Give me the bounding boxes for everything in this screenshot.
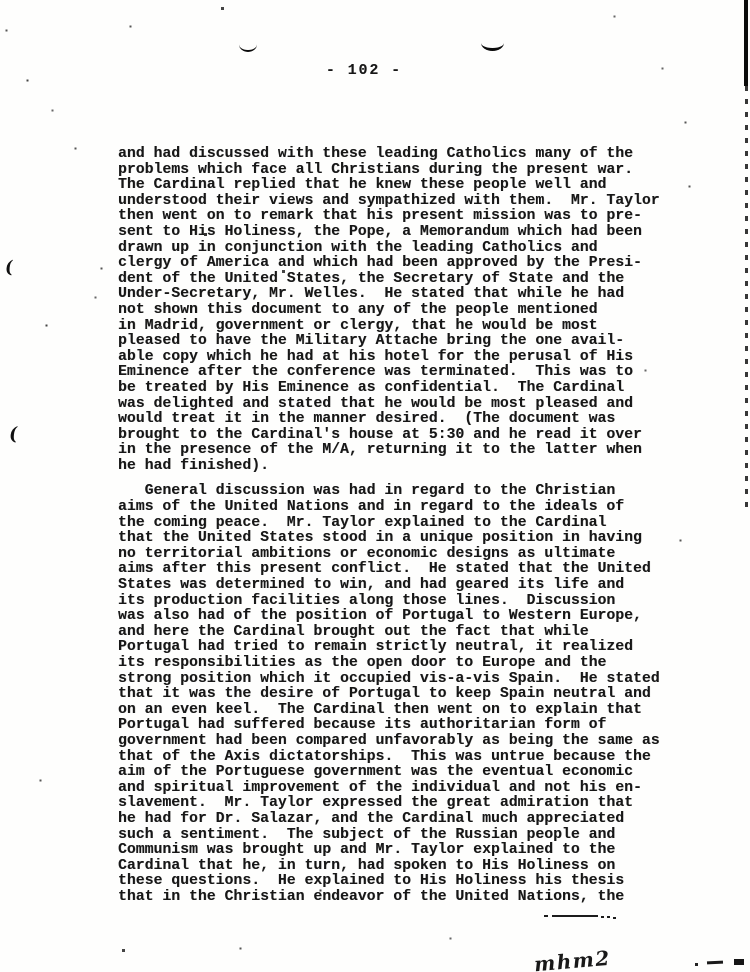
photocopy-speckles: [0, 0, 1, 1]
dash-dot: [613, 917, 616, 919]
document-paragraph-2: General discussion was had in regard to …: [118, 484, 660, 905]
punch-curve-mark-right: [481, 35, 504, 51]
photocopy-edge-line-dashed: [745, 86, 748, 510]
bottom-dashed-rule: [552, 915, 598, 917]
page-number: - 102 -: [0, 64, 750, 80]
handwritten-mark: mhm2: [533, 946, 612, 972]
document-paragraph-1: and had discussed with these leading Cat…: [118, 147, 660, 474]
margin-curl-artifact: (: [8, 424, 18, 446]
dash-dot: [544, 915, 548, 917]
scanned-document-page: { "page": { "number": "- 102 -", "handwr…: [0, 0, 750, 972]
document-body: and had discussed with these leading Cat…: [118, 147, 660, 906]
dash-dot: [607, 916, 610, 918]
stray-mark-dot: [695, 963, 698, 966]
stray-mark-dash: [707, 961, 723, 965]
stray-mark-block: [734, 959, 744, 965]
dash-dot: [601, 916, 604, 918]
photocopy-edge-line-solid: [744, 0, 748, 86]
punch-curve-mark-left: [239, 37, 257, 52]
margin-curl-artifact: (: [4, 258, 14, 279]
